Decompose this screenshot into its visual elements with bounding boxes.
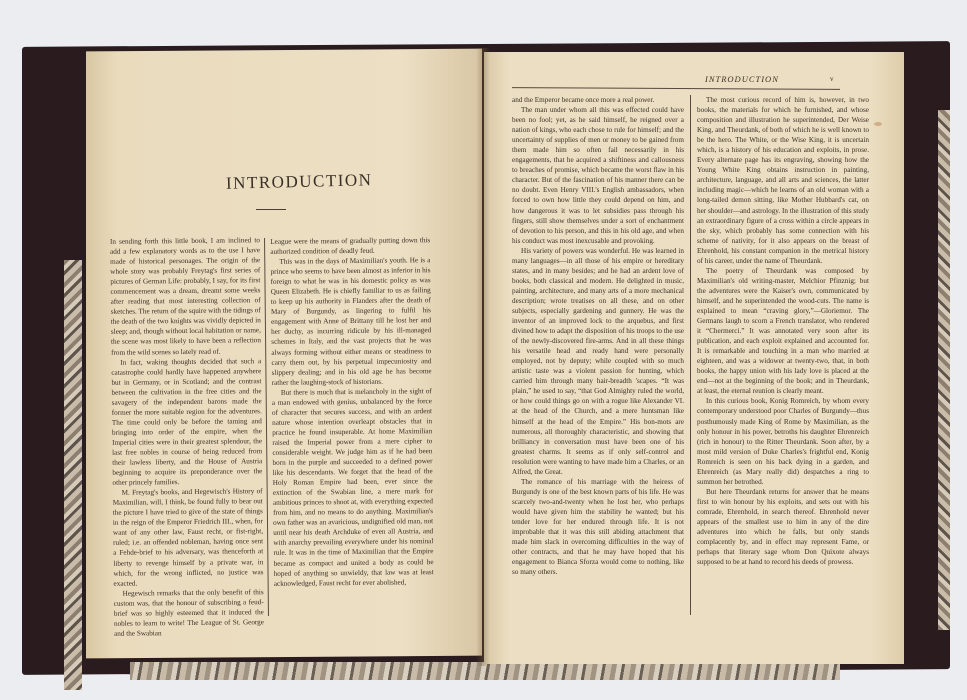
running-head: INTRODUCTION	[705, 74, 779, 84]
paragraph: The romance of his marriage with the hei…	[512, 477, 684, 577]
paragraph: In sending forth this little book, I am …	[110, 235, 261, 357]
paragraph: Hegewisch remarks that the only benefit …	[114, 587, 265, 639]
paragraph: The man under whom all this was effected…	[512, 105, 684, 246]
paragraph: The most curious record of him is, howev…	[697, 95, 869, 266]
right-page-column-1: and the Emperor became once more a real …	[512, 95, 684, 577]
paragraph: The poetry of Theurdank was composed by …	[697, 266, 869, 397]
paragraph: M. Freytag's books, and Hegewisch's Hist…	[113, 486, 264, 588]
paragraph: But here Theurdank returns for answer th…	[697, 487, 869, 567]
title-rule	[256, 209, 286, 210]
left-page-column-2: League were the means of gradually putti…	[270, 235, 434, 588]
paragraph: But there is much that is melancholy in …	[272, 386, 434, 589]
paragraph: and the Emperor became once more a real …	[512, 95, 684, 105]
paragraph: His variety of powers was wonderful. He …	[512, 246, 684, 477]
marbled-edge-left	[64, 260, 82, 690]
right-page-column-2: The most curious record of him is, howev…	[697, 95, 869, 567]
paragraph: In this curious book, Konig Romreich, by…	[697, 396, 869, 486]
paragraph: This was in the days of Maximilian's you…	[270, 255, 431, 387]
column-divider	[690, 95, 691, 615]
page-number: v	[830, 75, 834, 83]
book-gutter	[476, 48, 490, 666]
left-page-column-1: In sending forth this little book, I am …	[110, 235, 264, 638]
paragraph: League were the means of gradually putti…	[270, 235, 430, 257]
chapter-title: INTRODUCTION	[226, 170, 373, 194]
page-stain	[874, 122, 882, 126]
marbled-edge-right	[938, 110, 950, 630]
paragraph: In fact, waking thoughts decided that su…	[111, 356, 262, 488]
